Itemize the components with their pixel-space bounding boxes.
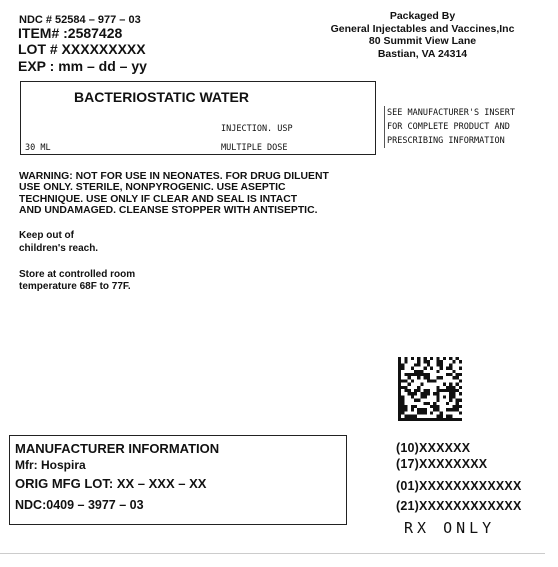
gs1-serial: (21)XXXXXXXXXXXX [396,499,521,513]
manufacturer-ndc: NDC:0409 – 3977 – 03 [15,498,144,512]
warning-line: USE ONLY. STERILE, NONPYROGENIC. USE ASE… [19,182,369,193]
manufacturer-name: Mfr: Hospira [15,458,86,472]
manufacturer-title: MANUFACTURER INFORMATION [15,441,219,456]
product-name: BACTERIOSTATIC WATER [74,89,249,105]
gs1-gtin: (01)XXXXXXXXXXXX [396,479,521,493]
warning-line: WARNING: NOT FOR USE IN NEONATES. FOR DR… [19,171,369,182]
datamatrix-barcode-icon [398,357,462,421]
item-number: ITEM# :2587428 [18,25,122,41]
storage-line: temperature 68F to 77F. [19,281,135,293]
warning-line: AND UNDAMAGED. CLEANSE STOPPER WITH ANTI… [19,205,369,216]
product-dose-type: MULTIPLE DOSE [221,143,288,153]
packager-info: Packaged By General Injectables and Vacc… [300,10,545,60]
lot-number: LOT # XXXXXXXXX [18,41,146,57]
warning-text: WARNING: NOT FOR USE IN NEONATES. FOR DR… [19,171,369,216]
keep-out-line: Keep out of [19,229,98,242]
expiration-date: EXP : mm – dd – yy [18,58,147,74]
label-edge [0,553,545,554]
packager-label: Packaged By [300,10,545,23]
packager-city: Bastian, VA 24314 [300,48,545,61]
rx-only-label: RX ONLY [404,519,495,537]
keep-out-notice: Keep out of children's reach. [19,229,98,255]
insert-note-line: SEE MANUFACTURER'S INSERT [387,106,515,120]
original-mfg-lot: ORIG MFG LOT: XX – XXX – XX [15,476,206,491]
product-volume: 30 ML [25,143,51,153]
gs1-expiry: (17)XXXXXXXX [396,457,487,471]
keep-out-line: children's reach. [19,242,98,255]
insert-note: SEE MANUFACTURER'S INSERT FOR COMPLETE P… [384,106,515,148]
product-box: BACTERIOSTATIC WATER INJECTION. USP MULT… [20,81,376,155]
storage-line: Store at controlled room [19,269,135,281]
product-route: INJECTION. USP [221,124,293,134]
manufacturer-info-box: MANUFACTURER INFORMATION Mfr: Hospira OR… [9,435,347,525]
gs1-lot: (10)XXXXXX [396,441,470,455]
warning-line: TECHNIQUE. USE ONLY IF CLEAR AND SEAL IS… [19,194,369,205]
insert-note-line: PRESCRIBING INFORMATION [387,134,515,148]
packager-company: General Injectables and Vaccines,Inc [300,23,545,36]
insert-note-line: FOR COMPLETE PRODUCT AND [387,120,515,134]
storage-notice: Store at controlled room temperature 68F… [19,269,135,292]
packager-street: 80 Summit View Lane [300,35,545,48]
